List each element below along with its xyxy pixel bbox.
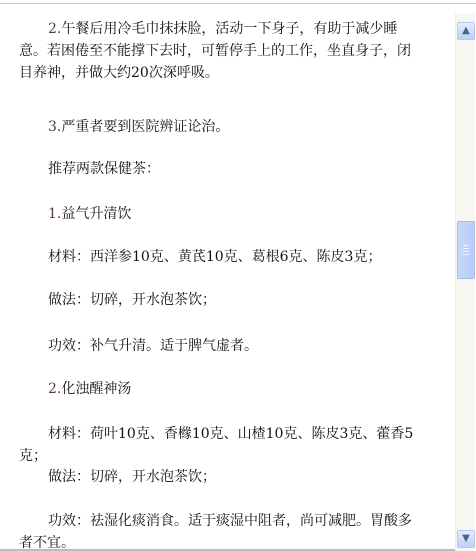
grip-icon [463,251,469,252]
scroll-down-button[interactable]: ▼ [457,530,475,548]
paragraph-tea-2-ingredients: 材料：荷叶10克、香橼10克、山楂10克、陈皮3克、藿香5克； [19,423,419,467]
list-number: 2. [48,21,61,37]
grip-icon [463,245,469,246]
heading-text: 化浊醒神汤 [61,381,131,397]
paragraph-tea-1-effect: 功效：补气升清。适于脾气虚者。 [19,335,419,357]
paragraph-text: 功效：祛湿化痰消食。适于痰湿中阻者，尚可减肥。胃酸多者不宜。 [19,513,412,551]
heading-tea-1: 1.益气升清饮 [19,203,419,225]
chevron-up-icon: ▲ [462,25,470,36]
paragraph-text: 材料：荷叶10克、香橼10克、山楂10克、陈皮3克、藿香5克； [19,426,413,464]
list-number: 3. [48,119,61,135]
scroll-up-button[interactable]: ▲ [457,22,475,40]
document-view: 2.午餐后用冷毛巾抹抹脸，活动一下身子，有助于减少睡意。若困倦至不能撑下去时，可… [0,0,455,551]
scroll-thumb[interactable] [457,221,475,279]
paragraph-tea-intro: 推荐两款保健茶： [19,158,419,180]
grip-icon [463,254,469,255]
paragraph-text: 推荐两款保健茶： [48,161,160,177]
paragraph-text: 材料：西洋参10克、黄芪10克、葛根6克、陈皮3克； [48,249,381,265]
heading-tea-2: 2.化浊醒神汤 [19,378,419,400]
paragraph-text: 严重者要到医院辨证论治。 [61,119,229,135]
list-number: 1. [48,206,61,222]
paragraph-text: 午餐后用冷毛巾抹抹脸，活动一下身子，有助于减少睡意。若困倦至不能撑下去时，可暂停… [19,21,411,81]
paragraph-text: 做法：切碎，开水泡茶饮； [48,292,216,308]
heading-text: 益气升清饮 [61,206,131,222]
paragraph-tea-2-effect: 功效：祛湿化痰消食。适于痰湿中阻者，尚可减肥。胃酸多者不宜。 [19,510,419,551]
vertical-scrollbar[interactable]: ▲ ▼ [455,14,475,551]
paragraph-tip-3: 3.严重者要到医院辨证论治。 [19,116,419,138]
chevron-down-icon: ▼ [462,533,470,544]
paragraph-tea-1-ingredients: 材料：西洋参10克、黄芪10克、葛根6克、陈皮3克； [19,246,419,268]
paragraph-tea-2-method: 做法：切碎，开水泡茶饮； [19,466,419,488]
paragraph-text: 做法：切碎，开水泡茶饮； [48,469,216,485]
paragraph-tea-1-method: 做法：切碎，开水泡茶饮； [19,289,419,311]
paragraph-text: 功效：补气升清。适于脾气虚者。 [48,338,258,354]
grip-icon [463,248,469,249]
paragraph-tip-2: 2.午餐后用冷毛巾抹抹脸，活动一下身子，有助于减少睡意。若困倦至不能撑下去时，可… [19,18,419,84]
list-number: 2. [48,381,61,397]
